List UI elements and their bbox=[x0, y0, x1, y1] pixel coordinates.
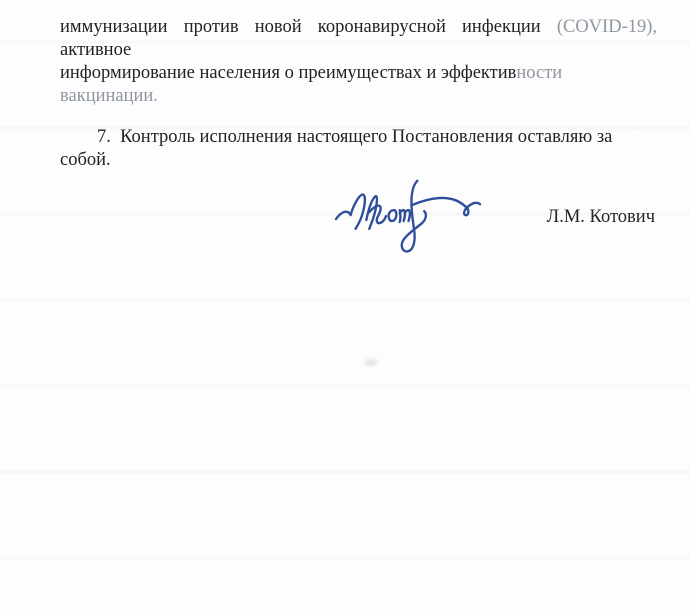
signature-row: Л.М. Котович bbox=[60, 172, 657, 272]
scan-smudge bbox=[364, 359, 378, 366]
signatory-name: Л.М. Котович bbox=[547, 206, 655, 229]
signature-stroke bbox=[389, 210, 397, 221]
document-page: иммунизации против новой коронавирусной … bbox=[0, 0, 690, 611]
signature-stroke bbox=[366, 196, 386, 229]
paragraph-text: иммунизации против новой коронавирусной … bbox=[60, 17, 541, 37]
paragraph-immunization: иммунизации против новой коронавирусной … bbox=[60, 16, 657, 108]
signature-stroke bbox=[336, 195, 365, 229]
signature-stroke bbox=[411, 198, 480, 215]
paragraph-text: информирование населения о преимуществах… bbox=[60, 63, 516, 83]
handwritten-signature-icon bbox=[333, 174, 485, 266]
paragraph-immunization-line1: иммунизации против новой коронавирусной … bbox=[60, 16, 657, 62]
document-content: иммунизации против новой коронавирусной … bbox=[0, 0, 690, 272]
paragraph-immunization-line2: информирование населения о преимуществах… bbox=[60, 62, 657, 108]
signature-stroke bbox=[400, 210, 410, 222]
paragraph-text: активное bbox=[60, 40, 131, 60]
covid-faded-text: (COVID-19), bbox=[557, 17, 657, 37]
paragraph-control-clause: 7. Контроль исполнения настоящего Постан… bbox=[60, 126, 657, 172]
